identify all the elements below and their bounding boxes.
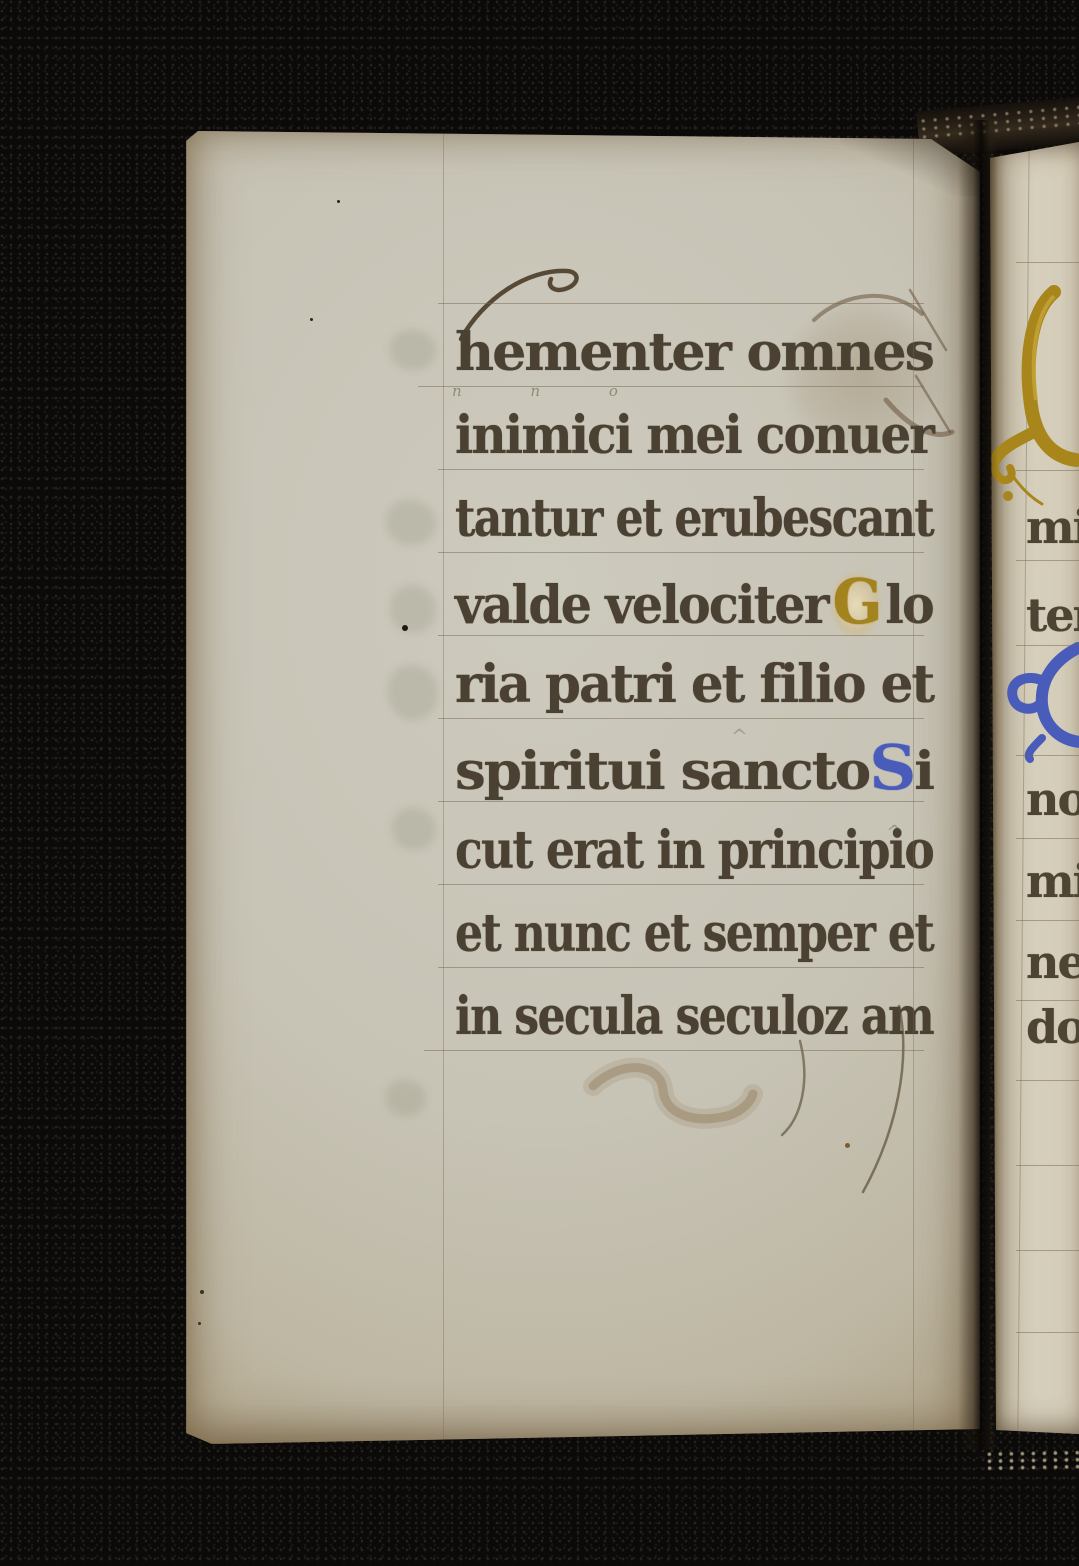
show-through-caret: ^ [886,820,903,844]
ruling-line-vertical [443,128,444,1442]
show-through-mark [390,330,436,370]
text-segment: et nunc et semper et [455,903,933,964]
manuscript-text-line: ria patri et filio et [455,654,933,716]
blue-initial-partial [996,642,1079,764]
ruling-line-horizontal [1016,1250,1079,1251]
ink-speck [198,1322,201,1325]
ruling-line-horizontal [1016,645,1079,646]
squiggle-stain [575,1050,765,1160]
ruling-line-horizontal [1016,1000,1079,1001]
manuscript-text-fragment: ten [1026,588,1079,642]
manuscript-text-line: tantur et erubescant [455,488,933,550]
manuscript-text-line: inimici mei conuer [455,405,933,467]
ruling-line-horizontal [1016,920,1079,921]
pen-descender [770,1035,820,1145]
ruling-line-horizontal [1016,1165,1079,1166]
ruling-line-horizontal [438,967,924,968]
ruling-line-horizontal [1016,560,1079,561]
text-segment: inimici mei conuer [455,405,933,466]
ruling-line-horizontal [1016,1080,1079,1081]
ink-speck [402,625,408,631]
show-through-mark [392,808,436,850]
ink-speck [310,318,313,321]
ruling-line-horizontal [438,303,924,304]
ruling-line-horizontal [438,884,924,885]
manuscript-text-line: cut erat in principio [455,820,933,882]
manuscript-text-line: valde velociterGlo [455,571,933,637]
manuscript-text-fragment: no [1026,772,1079,826]
manuscript-text-fragment: ner [1026,935,1079,989]
manuscript-text-line: hementer omnes [455,322,933,384]
left-page: hementer omnesinimici mei conuertantur e… [186,126,980,1444]
text-segment: hementer omnes [455,322,933,383]
text-segment: spiritui sancto [455,741,869,802]
gold-initial-partial [990,282,1079,512]
text-segment: lo [885,575,933,636]
ruling-line-horizontal [438,469,924,470]
right-page: mitennominerdol [990,142,1079,1434]
manuscript-text-line: spiritui sanctoSi [455,737,933,803]
text-segment: i [914,741,933,802]
ruling-line-horizontal [438,718,924,719]
show-through-caret: ^ [731,724,748,748]
ruling-line-horizontal [1016,470,1079,471]
manuscript-text-fragment: mi [1026,854,1079,908]
page-edge-glints [984,1449,1079,1473]
ruling-line-horizontal [1016,838,1079,839]
ruling-line-horizontal [438,635,924,636]
show-through-mark [388,665,438,720]
text-segment: cut erat in principio [455,820,933,881]
ruling-line-horizontal [438,552,924,553]
pen-tail-flourish [845,1000,915,1200]
gutter-shadow [958,120,998,1450]
text-segment: ria patri et filio et [455,654,933,715]
photograph-canvas: hementer omnesinimici mei conuertantur e… [0,0,1079,1566]
ink-speck [200,1290,204,1294]
ruling-line-horizontal [1016,755,1079,756]
gold-initial: G [828,565,886,638]
blue-initial: S [869,731,914,804]
manuscript-text-line: et nunc et semper et [455,903,933,965]
text-segment: valde velociter [455,575,828,636]
ink-speck [337,200,340,203]
show-through-mark [390,585,436,633]
ruling-line-horizontal [418,386,924,387]
ruling-line-horizontal [1016,1332,1079,1333]
manuscript-text-fragment: mi [1026,500,1079,554]
show-through-mark [386,1080,426,1116]
manuscript-text-fragment: dol [1026,1000,1079,1054]
ruling-line-vertical [913,128,914,1442]
interline-guide-marks: n n o [452,382,624,400]
text-segment: tantur et erubescant [455,488,933,549]
ruling-line-horizontal [1016,262,1079,263]
show-through-mark [386,500,436,545]
ruling-line-horizontal [438,801,924,802]
ruling-line-horizontal [424,1050,924,1051]
